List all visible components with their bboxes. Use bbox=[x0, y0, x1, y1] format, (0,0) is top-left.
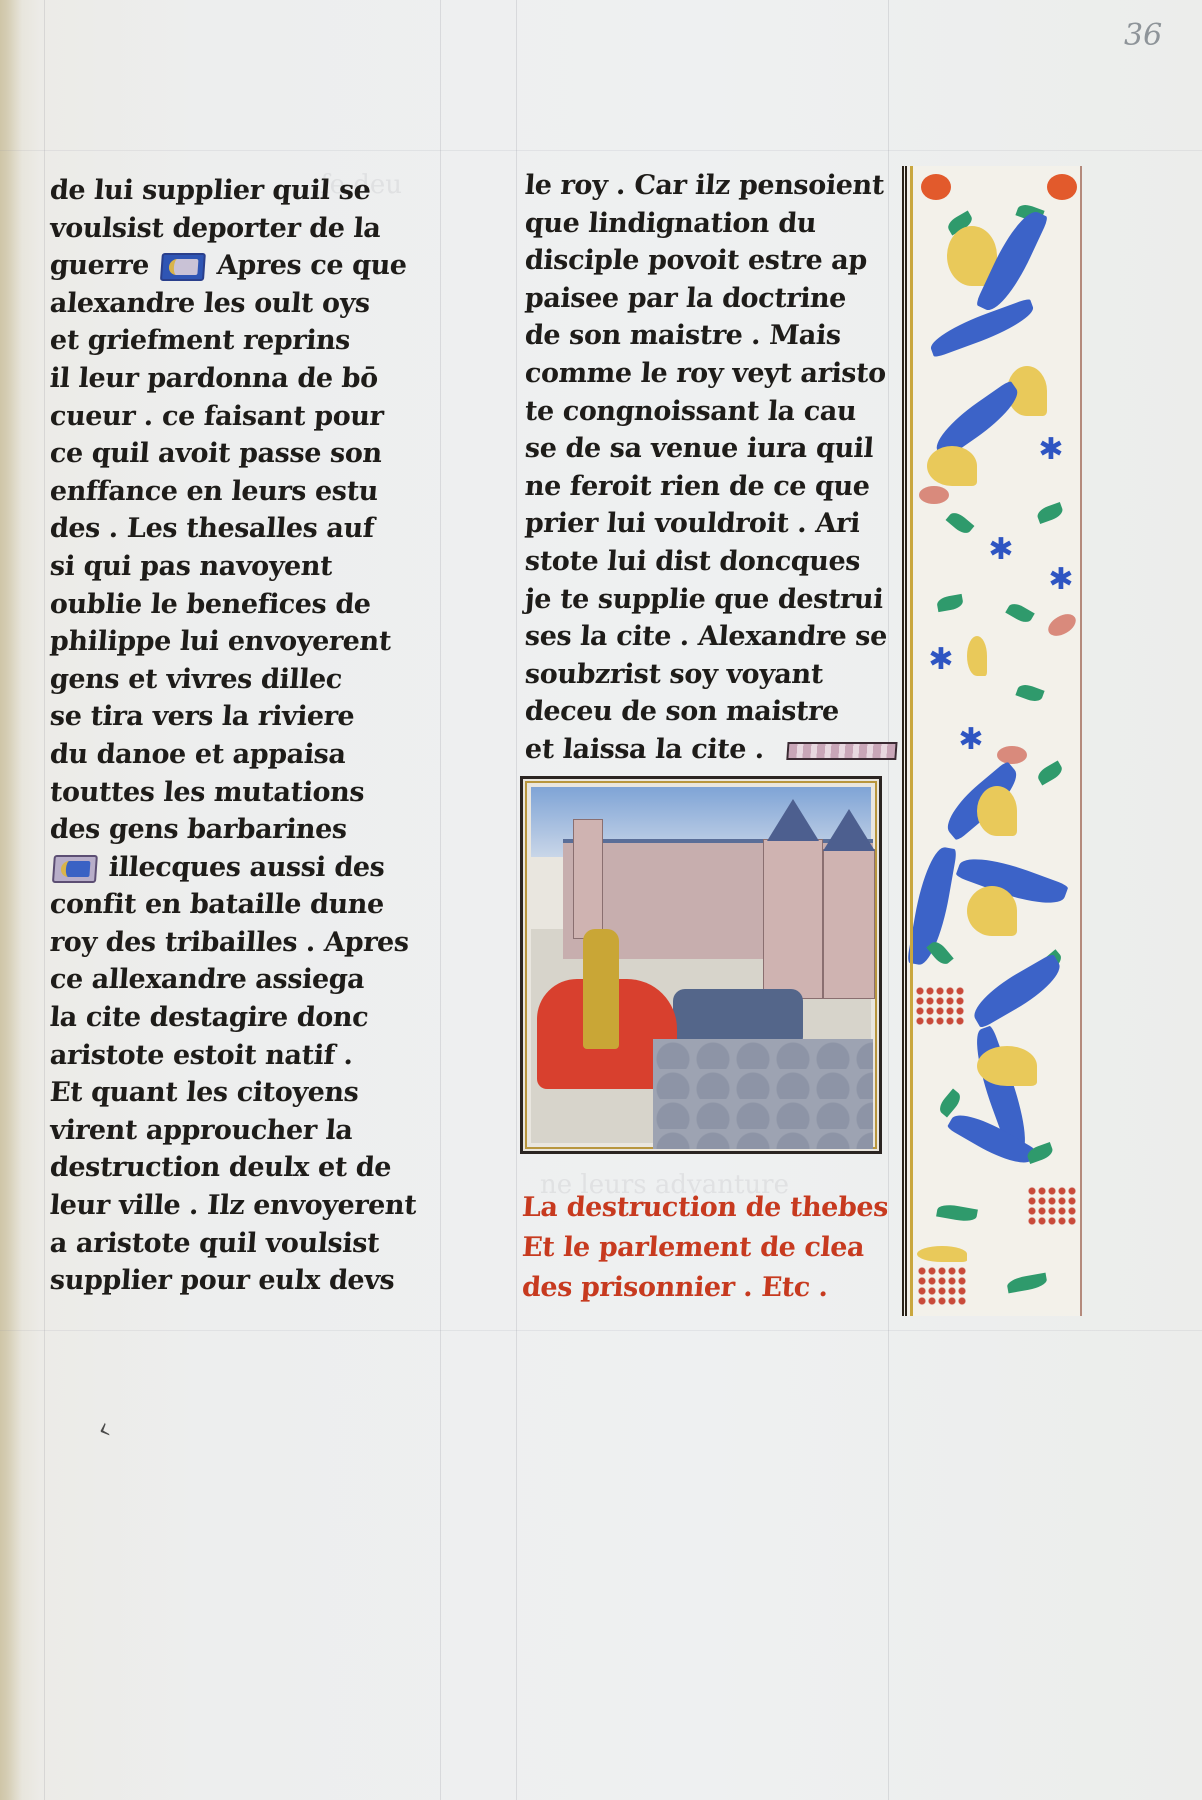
blue-flower-icon: ✱ bbox=[1037, 436, 1065, 464]
text-line: paisee par la doctrine bbox=[524, 280, 907, 318]
miniature-tower-roof bbox=[767, 799, 819, 841]
illuminated-initial-icon bbox=[160, 253, 206, 281]
text-line: philippe lui envoyerent bbox=[49, 623, 422, 661]
gold-acanthus-icon bbox=[927, 446, 977, 486]
text-line: cueur . ce faisant pour bbox=[49, 398, 422, 436]
text-line: confit en bataille dune bbox=[49, 886, 422, 924]
blue-acanthus-icon bbox=[966, 953, 1068, 1029]
blue-flower-icon: ✱ bbox=[927, 646, 955, 674]
text-fragment: et laissa la cite . bbox=[524, 734, 765, 765]
text-line: disciple povoit estre ap bbox=[524, 242, 907, 280]
miniature-king bbox=[583, 929, 619, 1049]
text-line: si qui pas navoyent bbox=[49, 548, 422, 586]
text-fragment: Apres ce que bbox=[216, 250, 408, 281]
text-line: comme le roy veyt aristo bbox=[524, 355, 907, 393]
leaf-icon bbox=[936, 594, 964, 612]
leaf-icon bbox=[1035, 760, 1065, 785]
text-line: se de sa venue iura quil bbox=[524, 430, 907, 468]
text-line: guerre Apres ce que bbox=[49, 247, 422, 285]
text-line: le roy . Car ilz pensoient bbox=[524, 167, 907, 205]
text-line: ce allexandre assiega bbox=[49, 961, 422, 999]
leaf-icon bbox=[936, 1203, 978, 1224]
text-line: deceu de son maistre bbox=[524, 693, 907, 731]
ruling-line bbox=[0, 150, 1202, 151]
text-line: des . Les thesalles auf bbox=[49, 510, 422, 548]
stray-ink-mark: ‹ bbox=[92, 1411, 115, 1448]
pink-petal-icon bbox=[919, 486, 949, 504]
rubric-line: Et le parlement de clea bbox=[521, 1228, 884, 1268]
red-bud-icon bbox=[921, 174, 951, 200]
text-line: leur ville . Ilz envoyerent bbox=[49, 1187, 422, 1225]
miniature-tower bbox=[823, 849, 875, 999]
gold-acanthus-icon bbox=[917, 1246, 967, 1262]
text-line: et laissa la cite . bbox=[524, 731, 907, 769]
leaf-icon bbox=[936, 1089, 963, 1118]
text-line: je te supplie que destrui bbox=[524, 581, 907, 619]
text-line: voulsist deporter de la bbox=[49, 210, 422, 248]
text-line: du danoe et appaisa bbox=[49, 736, 422, 774]
gutter-shadow bbox=[0, 0, 22, 1800]
ruling-line bbox=[516, 0, 517, 1800]
text-line: Et quant les citoyens bbox=[49, 1074, 422, 1112]
text-line: il leur pardonna de bō bbox=[49, 360, 422, 398]
text-line: ne feroit rien de ce que bbox=[524, 468, 907, 506]
floral-border: ✱ ✱ ✱ ✱ ✱ bbox=[902, 166, 1082, 1316]
pink-petal-icon bbox=[1045, 610, 1080, 641]
rubric-caption: La destruction de thebes Et le parlement… bbox=[522, 1188, 882, 1308]
text-line: alexandre les oult oys bbox=[49, 285, 422, 323]
text-line: enffance en leurs estu bbox=[49, 473, 422, 511]
miniature-tower bbox=[763, 839, 823, 999]
illuminated-initial-icon bbox=[52, 854, 98, 882]
text-line: te congnoissant la cau bbox=[524, 393, 907, 431]
red-dots-ornament bbox=[915, 986, 965, 1026]
text-line: de son maistre . Mais bbox=[524, 317, 907, 355]
text-line: illecques aussi des bbox=[49, 849, 422, 887]
text-line: ses la cite . Alexandre se bbox=[524, 618, 907, 656]
miniature-tower bbox=[573, 819, 603, 939]
text-fragment: guerre bbox=[49, 250, 150, 281]
text-fragment: illecques aussi des bbox=[108, 852, 386, 883]
rubric-line: La destruction de thebes bbox=[521, 1188, 884, 1228]
text-line: soubzrist soy voyant bbox=[524, 656, 907, 694]
pink-petal-icon bbox=[997, 746, 1027, 764]
text-line: stote lui dist doncques bbox=[524, 543, 907, 581]
text-line: a aristote quil voulsist bbox=[49, 1225, 422, 1263]
folio-number: 36 bbox=[1124, 18, 1162, 53]
red-dots-ornament bbox=[1027, 1186, 1077, 1226]
leaf-icon bbox=[946, 509, 975, 536]
miniature-crowd bbox=[653, 1039, 873, 1149]
text-line: de lui supplier quil se bbox=[49, 172, 422, 210]
text-line: et griefment reprins bbox=[49, 322, 422, 360]
gold-acanthus-icon bbox=[967, 886, 1017, 936]
text-line: oublie le benefices de bbox=[49, 586, 422, 624]
miniature-illustration bbox=[520, 776, 882, 1154]
text-line: supplier pour eulx devs bbox=[49, 1262, 422, 1300]
text-column-middle: le roy . Car ilz pensoient que lindignat… bbox=[525, 167, 905, 769]
leaf-icon bbox=[1006, 1273, 1048, 1294]
blue-flower-icon: ✱ bbox=[957, 726, 985, 754]
gold-acanthus-icon bbox=[977, 1046, 1037, 1086]
gold-bar bbox=[910, 166, 913, 1316]
text-column-left: de lui supplier quil se voulsist deporte… bbox=[50, 172, 420, 1300]
ruling-line bbox=[0, 1330, 1202, 1331]
text-line: roy des tribailles . Apres bbox=[49, 924, 422, 962]
leaf-icon bbox=[1005, 600, 1035, 625]
text-line: gens et vivres dillec bbox=[49, 661, 422, 699]
text-line: que lindignation du bbox=[524, 205, 907, 243]
leaf-icon bbox=[926, 939, 953, 968]
text-line: la cite destagire donc bbox=[49, 999, 422, 1037]
miniature-tower-roof bbox=[823, 809, 875, 851]
red-dots-ornament bbox=[917, 1266, 967, 1306]
text-line: ce quil avoit passe son bbox=[49, 435, 422, 473]
ruling-line bbox=[44, 0, 45, 1800]
line-filler-ornament bbox=[786, 741, 897, 759]
red-bud-icon bbox=[1047, 174, 1077, 200]
ruling-line bbox=[440, 0, 441, 1800]
gold-acanthus-icon bbox=[977, 786, 1017, 836]
blue-flower-icon: ✱ bbox=[1047, 566, 1075, 594]
gold-acanthus-icon bbox=[967, 636, 987, 676]
text-line: prier lui vouldroit . Ari bbox=[524, 505, 907, 543]
text-line: virent approucher la bbox=[49, 1112, 422, 1150]
blue-flower-icon: ✱ bbox=[987, 536, 1015, 564]
text-line: se tira vers la riviere bbox=[49, 698, 422, 736]
rubric-line: des prisonnier . Etc . bbox=[521, 1268, 884, 1308]
leaf-icon bbox=[1015, 682, 1044, 704]
text-line: aristote estoit natif . bbox=[49, 1037, 422, 1075]
leaf-icon bbox=[1035, 502, 1064, 524]
manuscript-page: ſe deu ne leurs advanture 36 de lui supp… bbox=[0, 0, 1202, 1800]
text-line: touttes les mutations bbox=[49, 774, 422, 812]
text-line: destruction deulx et de bbox=[49, 1149, 422, 1187]
text-line: des gens barbarines bbox=[49, 811, 422, 849]
